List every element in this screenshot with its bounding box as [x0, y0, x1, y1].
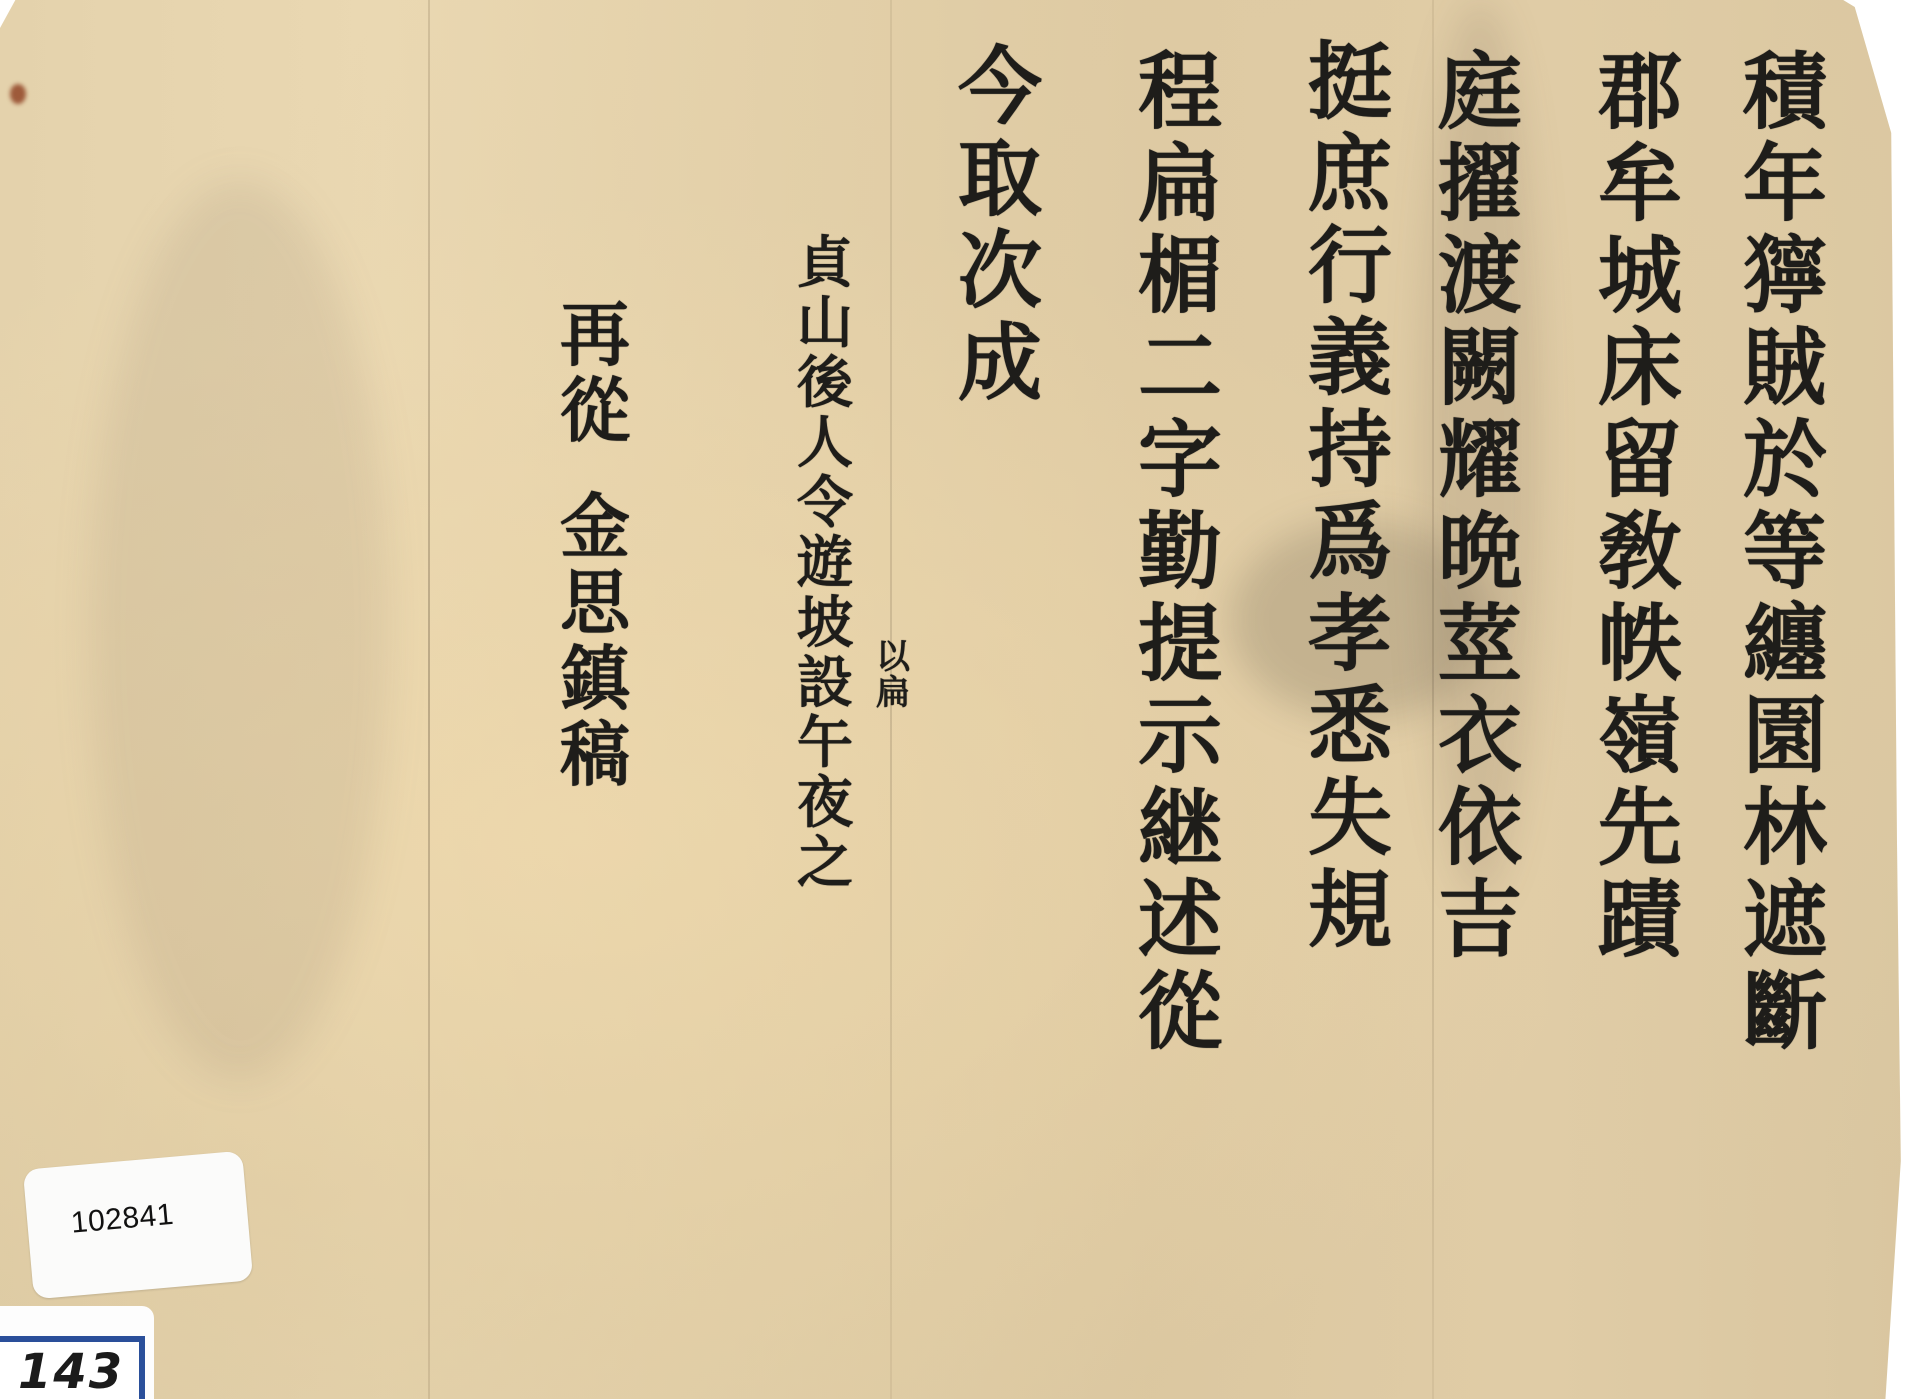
text-column-2: 郡 牟 城 床 留 敎 帙 嶺 先 蹟	[1580, 50, 1700, 970]
glyph: 扁	[876, 676, 910, 710]
glyph: 成	[958, 321, 1042, 405]
glyph: 義	[1308, 316, 1392, 400]
glyph: 郡	[1598, 50, 1682, 134]
glyph: 述	[1138, 878, 1222, 962]
glyph: 今	[958, 45, 1042, 129]
signature-column: 再 從 金 思 鎮 稿	[540, 300, 650, 796]
glyph: 擢	[1438, 142, 1522, 226]
page-number-label: 143	[0, 1306, 154, 1399]
paper-fold-line	[428, 0, 430, 1399]
glyph: 敎	[1598, 510, 1682, 594]
glyph: 二	[1138, 326, 1222, 410]
glyph: 先	[1598, 786, 1682, 870]
glyph: 楣	[1138, 234, 1222, 318]
glyph: 鎮	[560, 644, 630, 714]
glyph: 挺	[1308, 40, 1392, 124]
red-spot	[10, 84, 26, 104]
glyph: 取	[958, 137, 1042, 221]
glyph: 失	[1308, 776, 1392, 860]
glyph: 行	[1308, 224, 1392, 308]
glyph: 後	[797, 355, 853, 411]
glyph: 纏	[1743, 602, 1827, 686]
glyph: 継	[1138, 786, 1222, 870]
glyph: 帙	[1598, 602, 1682, 686]
glyph: 金	[560, 492, 630, 562]
glyph: 渡	[1438, 234, 1522, 318]
text-column-1: 積 年 獰 賊 於 等 纏 園 林 遮 斷	[1730, 50, 1840, 1062]
glyph: 稿	[560, 720, 630, 790]
glyph: 從	[560, 376, 630, 446]
glyph: 勤	[1138, 510, 1222, 594]
text-column-7: 貞 山 後 人 令 遊 坡 設 午 夜 之	[775, 235, 875, 895]
glyph: 扁	[1138, 142, 1222, 226]
glyph: 以	[876, 640, 910, 674]
glyph: 夜	[797, 775, 853, 831]
glyph: 年	[1743, 142, 1827, 226]
glyph: 程	[1138, 50, 1222, 134]
glyph: 晩	[1438, 510, 1522, 594]
glyph: 嶺	[1598, 694, 1682, 778]
glyph: 貞	[797, 235, 853, 291]
glyph: 悉	[1308, 684, 1392, 768]
glyph: 斷	[1743, 970, 1827, 1054]
glyph: 再	[560, 300, 630, 370]
glyph: 遮	[1743, 878, 1827, 962]
text-column-3: 庭 擢 渡 闕 耀 晩 莖 衣 依 吉	[1420, 50, 1540, 970]
glyph: 提	[1138, 602, 1222, 686]
glyph: 從	[1138, 970, 1222, 1054]
glyph: 蹟	[1598, 878, 1682, 962]
glyph: 遊	[797, 535, 853, 591]
glyph: 字	[1138, 418, 1222, 502]
glyph: 耀	[1438, 418, 1522, 502]
glyph: 設	[797, 655, 853, 711]
catalog-number: 102841	[70, 1198, 176, 1241]
glyph: 留	[1598, 418, 1682, 502]
glyph: 坡	[797, 595, 853, 651]
glyph: 午	[797, 715, 853, 771]
glyph: 依	[1438, 786, 1522, 870]
glyph: 等	[1743, 510, 1827, 594]
glyph: 示	[1138, 694, 1222, 778]
glyph: 床	[1598, 326, 1682, 410]
glyph: 人	[797, 415, 853, 471]
glyph: 牟	[1598, 142, 1682, 226]
glyph: 衣	[1438, 694, 1522, 778]
glyph: 爲	[1308, 500, 1392, 584]
glyph: 莖	[1438, 602, 1522, 686]
glyph: 城	[1598, 234, 1682, 318]
glyph: 山	[797, 295, 853, 351]
glyph: 持	[1308, 408, 1392, 492]
glyph: 庶	[1308, 132, 1392, 216]
glyph: 次	[958, 229, 1042, 313]
catalog-number-label: 102841	[23, 1151, 253, 1300]
glyph: 於	[1743, 418, 1827, 502]
glyph: 規	[1308, 868, 1392, 952]
glyph: 孝	[1308, 592, 1392, 676]
text-column-6: 今 取 次 成	[940, 45, 1060, 413]
glyph: 林	[1743, 786, 1827, 870]
glyph: 令	[797, 475, 853, 531]
glyph: 獰	[1743, 234, 1827, 318]
glyph: 庭	[1438, 50, 1522, 134]
glyph: 吉	[1438, 878, 1522, 962]
text-column-4: 挺 庶 行 義 持 爲 孝 悉 失 規	[1290, 40, 1410, 960]
page-number: 143	[18, 1344, 124, 1399]
glyph: 園	[1743, 694, 1827, 778]
marginal-annotation: 以 扁	[868, 640, 918, 712]
glyph: 之	[797, 835, 853, 891]
paper-stain	[90, 180, 390, 1080]
text-column-5: 程 扁 楣 二 字 勤 提 示 継 述 從	[1120, 50, 1240, 1062]
glyph: 思	[560, 568, 630, 638]
glyph: 賊	[1743, 326, 1827, 410]
glyph: 積	[1743, 50, 1827, 134]
glyph: 闕	[1438, 326, 1522, 410]
